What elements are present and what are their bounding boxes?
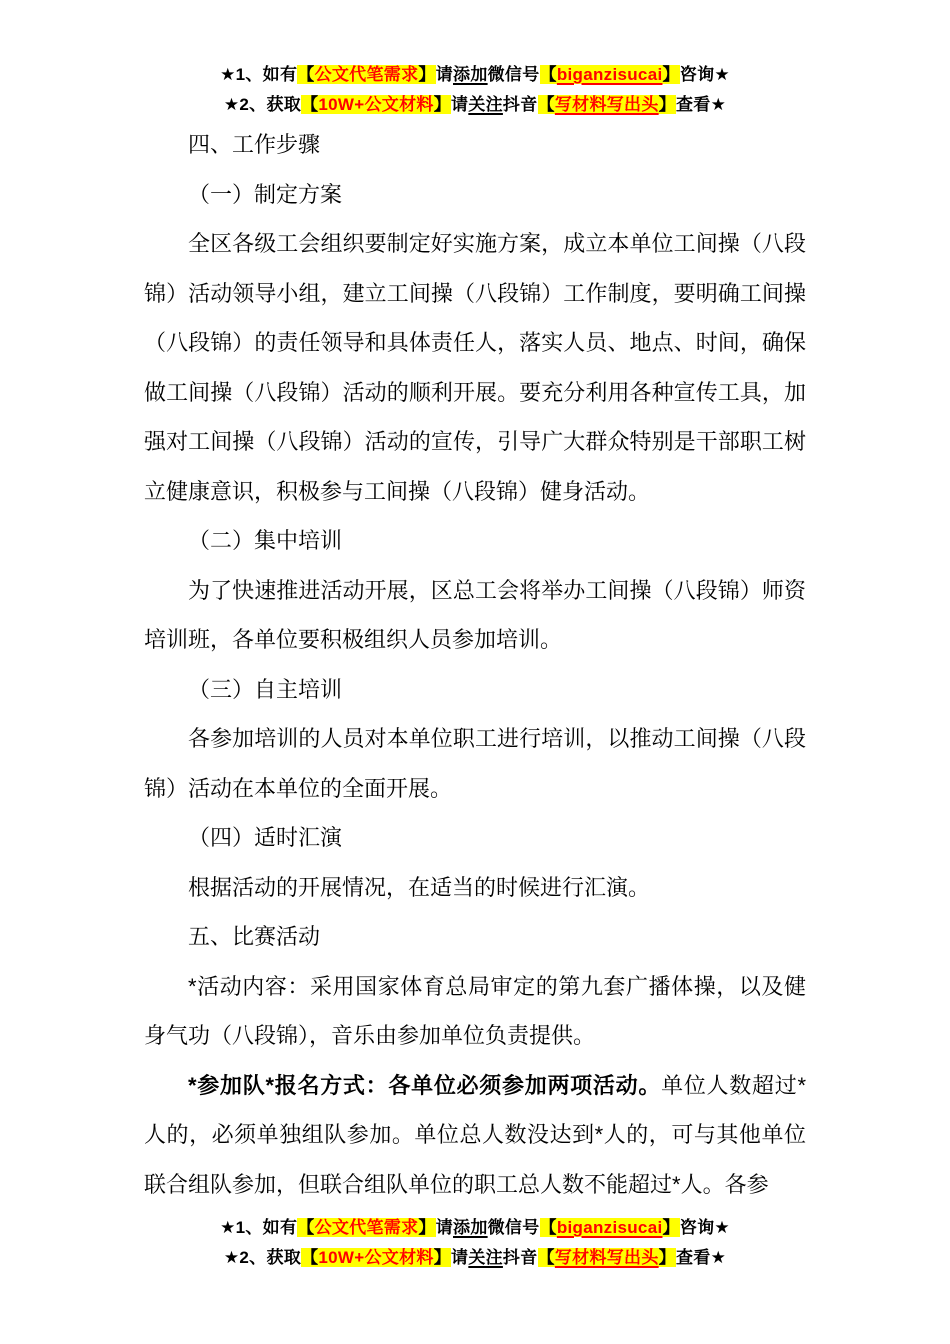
promo-text: 抖音 bbox=[503, 95, 538, 114]
bracket-open: 【 bbox=[540, 1218, 557, 1237]
bracket-close: 】 bbox=[418, 1218, 435, 1237]
promo-text: 咨询★ bbox=[680, 1218, 730, 1237]
bracket-close: 】 bbox=[434, 95, 451, 114]
bracket-close: 】 bbox=[434, 1248, 451, 1267]
promo-text: 微信号 bbox=[488, 1218, 540, 1237]
promo-text: 请 bbox=[436, 1218, 453, 1237]
promo-highlight-service: 公文代笔需求 bbox=[315, 65, 419, 84]
body-paragraph: 全区各级工会组织要制定好实施方案，成立本单位工间操（八段锦）活动领导小组，建立工… bbox=[144, 219, 806, 516]
highlight-group: 【写材料写出头】 bbox=[538, 95, 676, 114]
promo-highlight-materials: 10W+公文材料 bbox=[318, 95, 433, 114]
bracket-close: 】 bbox=[662, 1218, 679, 1237]
promo-text: ★2、获取 bbox=[224, 95, 301, 114]
promo-text: 请 bbox=[451, 1248, 468, 1267]
promo-text: ★2、获取 bbox=[224, 1248, 301, 1267]
body-paragraph: *活动内容：采用国家体育总局审定的第九套广播体操，以及健身气功（八段锦），音乐由… bbox=[144, 962, 806, 1061]
bracket-open: 【 bbox=[538, 1248, 555, 1267]
promo-banner-bottom: ★1、如有【公文代笔需求】请添加微信号【biganzisucai】咨询★ ★2、… bbox=[0, 1213, 950, 1273]
promo-text: 请 bbox=[436, 65, 453, 84]
promo-text: 查看★ bbox=[676, 1248, 726, 1267]
promo-wechat-id: biganzisucai bbox=[557, 1218, 663, 1237]
promo-text: 咨询★ bbox=[680, 65, 730, 84]
body-paragraph: *参加队*报名方式：各单位必须参加两项活动。单位人数超过*人的，必须单独组队参加… bbox=[144, 1061, 806, 1210]
highlight-group: 【10W+公文材料】 bbox=[301, 95, 451, 114]
promo-highlight-materials: 10W+公文材料 bbox=[318, 1248, 433, 1267]
highlight-group: 【10W+公文材料】 bbox=[301, 1248, 451, 1267]
paragraph-bold-lead: *参加队*报名方式：各单位必须参加两项活动。 bbox=[188, 1073, 661, 1098]
promo-underlined-word: 添加 bbox=[453, 65, 488, 84]
subsection-heading-plan: （一）制定方案 bbox=[144, 170, 806, 220]
subsection-heading-central-training: （二）集中培训 bbox=[144, 516, 806, 566]
bracket-open: 【 bbox=[538, 95, 555, 114]
promo-text: 微信号 bbox=[488, 65, 540, 84]
promo-banner-top: ★1、如有【公文代笔需求】请添加微信号【biganzisucai】咨询★ ★2、… bbox=[144, 60, 806, 120]
promo-text: 抖音 bbox=[503, 1248, 538, 1267]
bracket-close: 】 bbox=[662, 65, 679, 84]
promo-underlined-word: 关注 bbox=[468, 1248, 503, 1267]
document-page: ★1、如有【公文代笔需求】请添加微信号【biganzisucai】咨询★ ★2、… bbox=[0, 0, 950, 1344]
promo-underlined-word: 关注 bbox=[468, 95, 503, 114]
promo-text: 请 bbox=[451, 95, 468, 114]
highlight-group: 【biganzisucai】 bbox=[540, 1218, 680, 1237]
promo-line-2: ★2、获取【10W+公文材料】请关注抖音【写材料写出头】查看★ bbox=[144, 90, 806, 120]
bracket-open: 【 bbox=[297, 1218, 314, 1237]
bracket-open: 【 bbox=[540, 65, 557, 84]
body-paragraph: 各参加培训的人员对本单位职工进行培训，以推动工间操（八段锦）活动在本单位的全面开… bbox=[144, 714, 806, 813]
document-body: 四、工作步骤 （一）制定方案 全区各级工会组织要制定好实施方案，成立本单位工间操… bbox=[144, 120, 806, 1209]
highlight-group: 【biganzisucai】 bbox=[540, 65, 680, 84]
promo-line-1: ★1、如有【公文代笔需求】请添加微信号【biganzisucai】咨询★ bbox=[144, 60, 806, 90]
promo-text: 查看★ bbox=[676, 95, 726, 114]
promo-douyin-id: 写材料写出头 bbox=[555, 1248, 659, 1267]
highlight-group: 【写材料写出头】 bbox=[538, 1248, 676, 1267]
section-heading-work-steps: 四、工作步骤 bbox=[144, 120, 806, 170]
promo-highlight-service: 公文代笔需求 bbox=[315, 1218, 419, 1237]
subsection-heading-self-training: （三）自主培训 bbox=[144, 665, 806, 715]
bracket-open: 【 bbox=[297, 65, 314, 84]
promo-line-1: ★1、如有【公文代笔需求】请添加微信号【biganzisucai】咨询★ bbox=[0, 1213, 950, 1243]
promo-wechat-id: biganzisucai bbox=[557, 65, 663, 84]
promo-text: ★1、如有 bbox=[220, 1218, 297, 1237]
highlight-group: 【公文代笔需求】 bbox=[297, 65, 435, 84]
bracket-close: 】 bbox=[659, 1248, 676, 1267]
subsection-heading-performance: （四）适时汇演 bbox=[144, 813, 806, 863]
promo-line-2: ★2、获取【10W+公文材料】请关注抖音【写材料写出头】查看★ bbox=[0, 1243, 950, 1273]
section-heading-competition: 五、比赛活动 bbox=[144, 912, 806, 962]
body-paragraph: 为了快速推进活动开展，区总工会将举办工间操（八段锦）师资培训班，各单位要积极组织… bbox=[144, 566, 806, 665]
promo-underlined-word: 添加 bbox=[453, 1218, 488, 1237]
bracket-open: 【 bbox=[301, 1248, 318, 1267]
promo-text: ★1、如有 bbox=[220, 65, 297, 84]
promo-douyin-id: 写材料写出头 bbox=[555, 95, 659, 114]
highlight-group: 【公文代笔需求】 bbox=[297, 1218, 435, 1237]
bracket-open: 【 bbox=[301, 95, 318, 114]
bracket-close: 】 bbox=[659, 95, 676, 114]
body-paragraph: 根据活动的开展情况，在适当的时候进行汇演。 bbox=[144, 863, 806, 913]
bracket-close: 】 bbox=[418, 65, 435, 84]
